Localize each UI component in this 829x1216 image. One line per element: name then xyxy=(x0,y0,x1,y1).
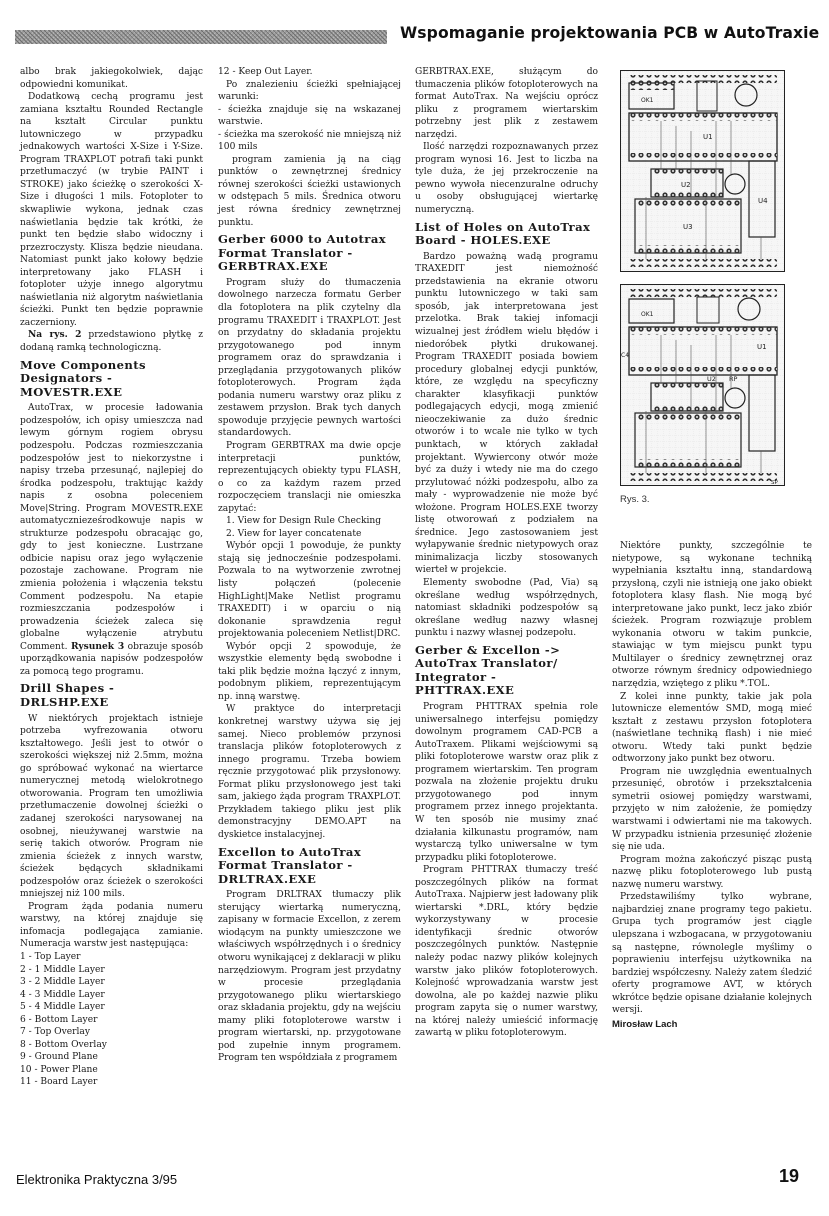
pcb-layout-before: OK1 U1 U2 U4 U3 xyxy=(620,70,785,272)
figure-reference: Na rys. 2 xyxy=(28,329,81,340)
layer-item: 1 - Top Layer xyxy=(20,951,203,964)
paragraph: Po znalezieniu ścieżki spełniającej waru… xyxy=(218,79,401,104)
paragraph: Niektóre punkty, szczególnie te nietypow… xyxy=(612,540,812,691)
layer-list: 1 - Top Layer 2 - 1 Middle Layer 3 - 2 M… xyxy=(20,951,203,1089)
condition-item: - ścieżka ma szerokość nie mniejszą niż … xyxy=(218,129,401,154)
svg-text:U4: U4 xyxy=(758,197,768,205)
paragraph: W niektórych projektach istnieje potrzeb… xyxy=(20,713,203,901)
option-item: 2. View for layer concatenate xyxy=(218,528,401,541)
text-column-3: GERBTRAX.EXE, służącym do tłumaczenia pl… xyxy=(415,66,598,1040)
section-heading-holes: List of Holes on AutoTrax Board - HOLES.… xyxy=(415,221,598,248)
header-decorative-bar xyxy=(15,30,387,44)
paragraph: Na rys. 2 przedstawiono płytkę z dodaną … xyxy=(20,329,203,354)
paragraph-text: AutoTrax, w procesie ładowania podzespoł… xyxy=(20,403,203,651)
layer-item: 2 - 1 Middle Layer xyxy=(20,964,203,977)
paragraph: Program GERBTRAX ma dwie opcje interpret… xyxy=(218,440,401,515)
figure-rys-3: OK1 U1 U2 U4 U3 xyxy=(620,70,785,505)
svg-text:C4: C4 xyxy=(621,352,629,359)
paragraph: GERBTRAX.EXE, służącym do tłumaczenia pl… xyxy=(415,66,598,141)
paragraph: Wybór opcji 2 spowoduje, że wszystkie el… xyxy=(218,641,401,704)
paragraph: Program DRLTRAX tłumaczy plik sterujący … xyxy=(218,889,401,1065)
section-heading-phttrax: Gerber & Excellon -> AutoTrax Translator… xyxy=(415,644,598,698)
svg-text:OK1: OK1 xyxy=(641,311,654,318)
paragraph: albo brak jakiegokolwiek, dając odpowied… xyxy=(20,66,203,91)
layer-item: 9 - Ground Plane xyxy=(20,1051,203,1064)
section-heading-movestr: Move Components Designators - MOVESTR.EX… xyxy=(20,359,203,400)
paragraph: W praktyce do interpretacji konkretnej w… xyxy=(218,703,401,841)
svg-text:U2: U2 xyxy=(681,181,691,189)
paragraph: Program służy do tłumaczenia dowolnego n… xyxy=(218,277,401,440)
svg-text:U1: U1 xyxy=(757,343,767,351)
paragraph: Program PHTTRAX spełnia role uniwersalne… xyxy=(415,701,598,864)
text-column-2: 12 - Keep Out Layer. Po znalezieniu ście… xyxy=(218,66,401,1065)
paragraph: Ilość narzędzi rozpoznawanych przez prog… xyxy=(415,141,598,216)
condition-item: - ścieżka znajduje się na wskazanej wars… xyxy=(218,104,401,129)
paragraph: AutoTrax, w procesie ładowania podzespoł… xyxy=(20,402,203,678)
paragraph: Program PHTTRAX tłumaczy treść poszczegó… xyxy=(415,864,598,1040)
layer-item: 12 - Keep Out Layer. xyxy=(218,66,401,79)
layer-item: 4 - 3 Middle Layer xyxy=(20,989,203,1002)
layer-item: 3 - 2 Middle Layer xyxy=(20,976,203,989)
svg-text:U3: U3 xyxy=(683,223,693,231)
layer-item: 7 - Top Overlay xyxy=(20,1026,203,1039)
section-heading-gerbtrax: Gerber 6000 to Autotrax Format Translato… xyxy=(218,233,401,274)
layer-item: 6 - Bottom Layer xyxy=(20,1014,203,1027)
paragraph: Program nie uwzględnia ewentualnych prze… xyxy=(612,766,812,854)
author-name: Mirosław Lach xyxy=(612,1019,812,1032)
text-column-1: albo brak jakiegokolwiek, dając odpowied… xyxy=(20,66,203,1089)
paragraph: Z kolei inne punkty, takie jak pola luto… xyxy=(612,691,812,766)
option-item: 1. View for Design Rule Checking xyxy=(218,515,401,528)
svg-text:U1: U1 xyxy=(703,133,713,141)
section-heading-drltrax: Excellon to AutoTrax Format Translator -… xyxy=(218,846,401,887)
paragraph: Przedstawiliśmy tylko wybrane, najbardzi… xyxy=(612,891,812,1016)
pcb-drawing-icon: OK1 U1 C4 U2 RP SP xyxy=(621,285,784,485)
pcb-layout-after: OK1 U1 C4 U2 RP SP xyxy=(620,284,785,486)
magazine-issue: Elektronika Praktyczna 3/95 xyxy=(16,1172,177,1187)
paragraph: Program można zakończyć pisząc pustą naz… xyxy=(612,854,812,892)
layer-item: 8 - Bottom Overlay xyxy=(20,1039,203,1052)
svg-text:SP: SP xyxy=(771,480,778,485)
figure-reference: Rysunek 3 xyxy=(71,641,124,652)
layer-item: 10 - Power Plane xyxy=(20,1064,203,1077)
svg-text:OK1: OK1 xyxy=(641,97,654,104)
layer-item: 5 - 4 Middle Layer xyxy=(20,1001,203,1014)
paragraph: Program żąda podania numeru warstwy, na … xyxy=(20,901,203,951)
page-title: Wspomaganie projektowania PCB w AutoTrax… xyxy=(400,24,820,42)
figure-caption: Rys. 3. xyxy=(620,494,785,505)
section-heading-drlshp: Drill Shapes - DRLSHP.EXE xyxy=(20,682,203,709)
paragraph: program zamienia ją na ciąg punktów o ze… xyxy=(218,154,401,229)
svg-text:RP: RP xyxy=(729,375,738,383)
paragraph: Elementy swobodne (Pad, Via) są określan… xyxy=(415,577,598,640)
text-column-4: Niektóre punkty, szczególnie te nietypow… xyxy=(612,540,812,1031)
svg-text:U2: U2 xyxy=(707,375,716,383)
paragraph: Dodatkową cechą programu jest zamiana ks… xyxy=(20,91,203,329)
layer-item: 11 - Board Layer xyxy=(20,1076,203,1089)
page-number: 19 xyxy=(779,1166,799,1187)
pcb-drawing-icon: OK1 U1 U2 U4 U3 xyxy=(621,71,784,271)
paragraph: Bardzo poważną wadą programu TRAXEDIT je… xyxy=(415,251,598,577)
paragraph: Wybór opcji 1 powoduje, że punkty stają … xyxy=(218,540,401,640)
